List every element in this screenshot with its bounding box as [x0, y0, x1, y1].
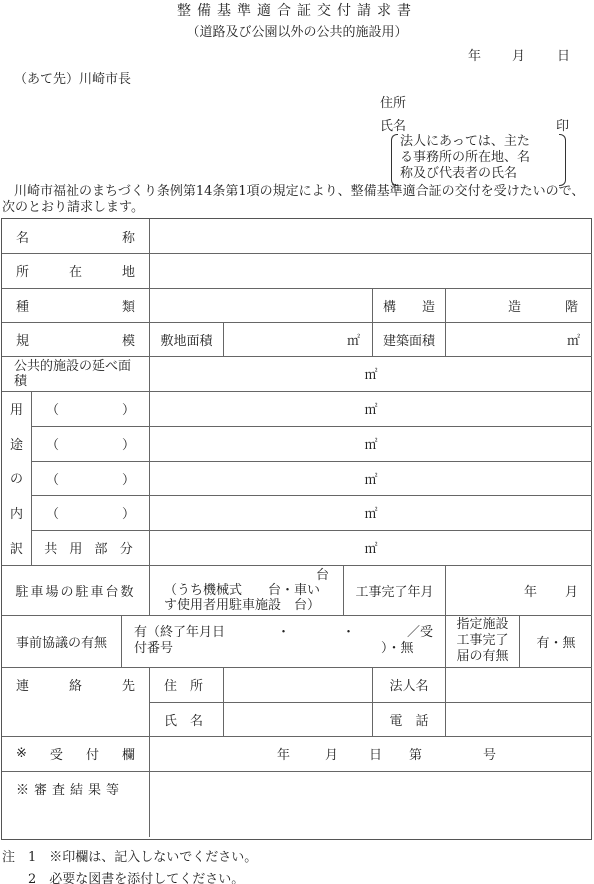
corp-note-line: 称及び代表者の氏名: [400, 166, 564, 182]
structure-label: 構造: [373, 288, 445, 322]
contact-label: 連絡先: [2, 667, 149, 702]
type-field[interactable]: [150, 288, 372, 322]
applicant-address-label: 住所: [380, 92, 406, 111]
common-area-label: 共 用 部 分: [32, 530, 149, 565]
date-year: 年: [468, 45, 481, 64]
reception-field: 年 月 日 第 号: [150, 736, 592, 771]
review-label: ※審査結果等: [2, 771, 149, 839]
designated-facility-label: 指定施設 工事完了 届の有無: [446, 615, 519, 667]
review-field: [150, 771, 592, 839]
designated-facility-field[interactable]: 有・無: [520, 615, 592, 667]
corp-note-line: る事務所の所在地、名: [400, 150, 564, 166]
seal-mark: 印: [556, 115, 569, 134]
corporation-note: 法人にあっては、主た る事務所の所在地、名 称及び代表者の氏名: [396, 134, 564, 184]
total-floor-area-field[interactable]: ㎡: [150, 356, 592, 391]
usage-item-label[interactable]: （）: [32, 461, 149, 495]
building-area-label: 建築面積: [373, 322, 445, 356]
corp-name-field[interactable]: [446, 667, 592, 702]
type-label: 種類: [2, 288, 149, 322]
usage-item-label[interactable]: （）: [32, 391, 149, 426]
note-1: 注 1 ※印欄は、記入しないでください。: [2, 846, 257, 865]
corp-name-label: 法人名: [373, 667, 445, 702]
addressee: （あて先）川崎市長: [14, 68, 131, 87]
usage-breakdown-label: 用 途 の 内 訳: [2, 391, 31, 565]
preconsult-field[interactable]: 有（終了年月日 ・ ・ ／受 付番号 ）・無: [122, 615, 445, 667]
bracket-left-icon: [391, 134, 398, 186]
request-form-table: 名称 所在地 種類 構造 造階 規模 敷地面積 ㎡ 建築面積 ㎡ 公共的施設の延…: [1, 218, 592, 840]
usage-item-label[interactable]: （）: [32, 495, 149, 530]
parking-field[interactable]: 台 （うち機械式 台・車い す使用者用駐車施設 台）: [150, 565, 343, 615]
total-floor-area-label: 公共的施設の延べ面積: [2, 356, 149, 391]
applicant-name-label: 氏名: [380, 115, 406, 134]
reception-label: ※受付欄: [2, 736, 149, 771]
phone-field[interactable]: [446, 702, 592, 736]
document-title: 整備基準適合証交付請求書: [0, 0, 594, 20]
scale-label: 規模: [2, 322, 149, 356]
usage-item-label[interactable]: （）: [32, 426, 149, 461]
completion-label: 工事完了年月: [344, 565, 445, 615]
site-area-label: 敷地面積: [150, 322, 223, 356]
note-2: 2 必要な図書を添付してください。: [2, 868, 244, 884]
name-field[interactable]: [150, 219, 592, 253]
date-month: 月: [512, 45, 525, 64]
corp-note-line: 法人にあっては、主た: [400, 134, 564, 150]
structure-field[interactable]: 造階: [446, 288, 592, 322]
name-label: 名称: [2, 219, 149, 253]
parking-label: 駐車場の駐車台数: [2, 565, 149, 615]
date-day: 日: [557, 45, 570, 64]
document-subtitle: （道路及び公園以外の公共的施設用）: [0, 21, 594, 40]
contact-address-field[interactable]: [224, 667, 372, 702]
preconsult-label: 事前協議の有無: [2, 615, 121, 667]
building-area-field[interactable]: ㎡: [446, 322, 592, 356]
bracket-right-icon: [559, 134, 566, 186]
contact-name-field[interactable]: [224, 702, 372, 736]
location-field[interactable]: [150, 253, 592, 288]
usage-item-area[interactable]: ㎡: [150, 426, 592, 461]
phone-label: 電 話: [373, 702, 445, 736]
intro-text: 川崎市福祉のまちづくり条例第14条第1項の規定により、整備基準適合証の交付を受け…: [2, 184, 594, 216]
completion-field[interactable]: 年月: [446, 565, 592, 615]
location-label: 所在地: [2, 253, 149, 288]
common-area-field[interactable]: ㎡: [150, 530, 592, 565]
contact-address-label: 住 所: [150, 667, 223, 702]
usage-item-area[interactable]: ㎡: [150, 495, 592, 530]
contact-name-label: 氏 名: [150, 702, 223, 736]
site-area-field[interactable]: ㎡: [224, 322, 372, 356]
usage-item-area[interactable]: ㎡: [150, 461, 592, 495]
usage-item-area[interactable]: ㎡: [150, 391, 592, 426]
